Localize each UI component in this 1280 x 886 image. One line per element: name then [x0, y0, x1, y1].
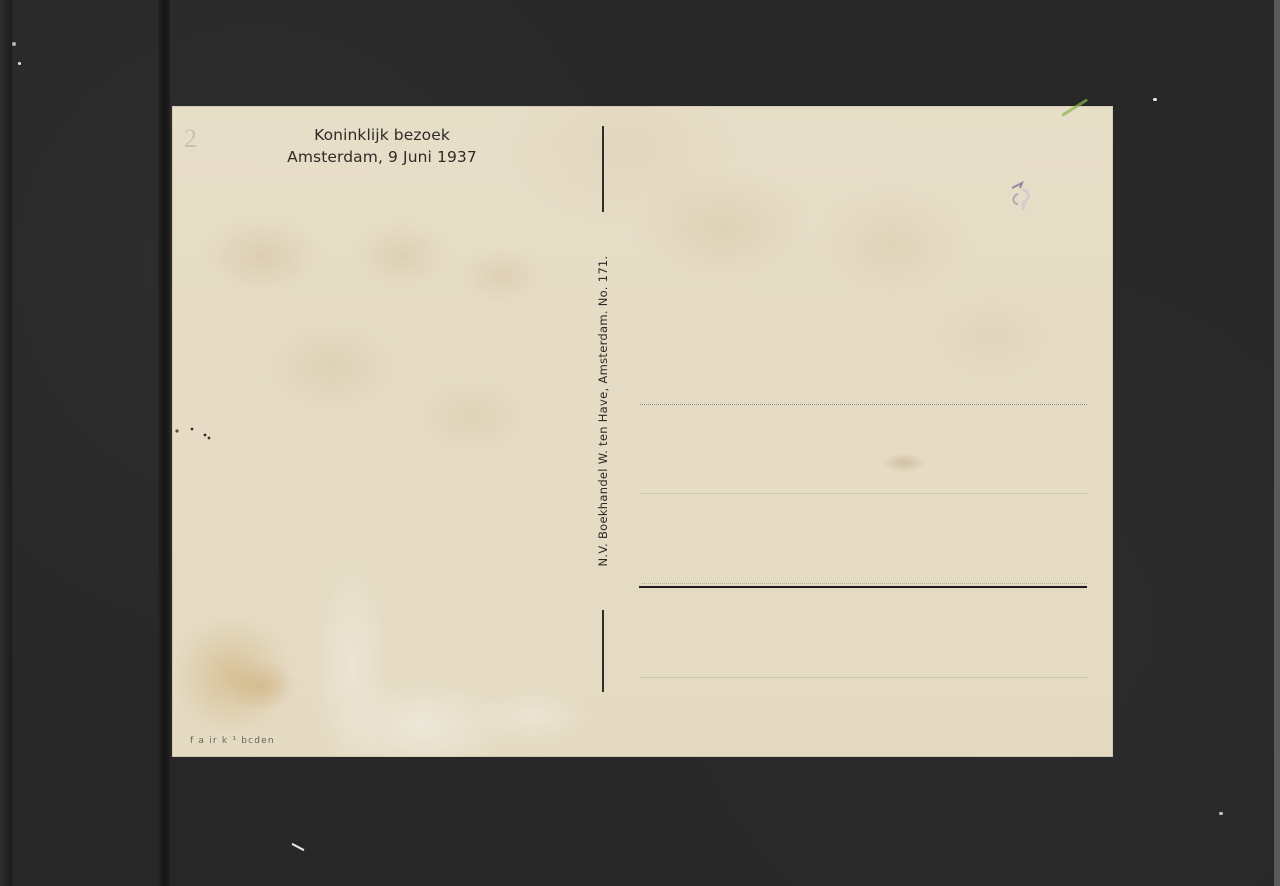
album-right-edge: [1274, 0, 1280, 886]
footer-imprint: f a ir k ¹ bcden: [190, 736, 275, 746]
album-page-fold: [158, 0, 170, 886]
publisher-imprint-container: N.V. Boekhandel W. ten Have, Amsterdam. …: [593, 219, 613, 603]
address-line-3-dots: [642, 583, 1087, 584]
rust-spots: [174, 426, 218, 446]
postcard-title: Koninklijk bezoek Amsterdam, 9 Juni 1937: [262, 124, 502, 168]
dust-speck: [18, 62, 21, 65]
title-line-1: Koninklijk bezoek: [262, 124, 502, 146]
postcard: 2 Koninklijk bezoek Amsterdam, 9 Juni 19…: [172, 106, 1113, 757]
dust-speck: [12, 42, 16, 46]
pencil-mark: 2: [184, 124, 197, 154]
address-line-2: [640, 493, 1087, 494]
dust-speck: [1153, 98, 1157, 101]
address-line-4: [640, 677, 1087, 678]
divider-line-top: [602, 126, 604, 212]
dust-speck: [1219, 812, 1223, 815]
divider-line-bottom: [602, 610, 604, 692]
title-line-2: Amsterdam, 9 Juni 1937: [262, 146, 502, 168]
address-line-3: [639, 586, 1087, 588]
ink-stamp-mark-icon: [1008, 180, 1034, 212]
divider-dot: [602, 689, 604, 692]
publisher-imprint: N.V. Boekhandel W. ten Have, Amsterdam. …: [596, 255, 610, 566]
address-line-1: [640, 404, 1087, 405]
album-left-edge: [0, 0, 12, 886]
